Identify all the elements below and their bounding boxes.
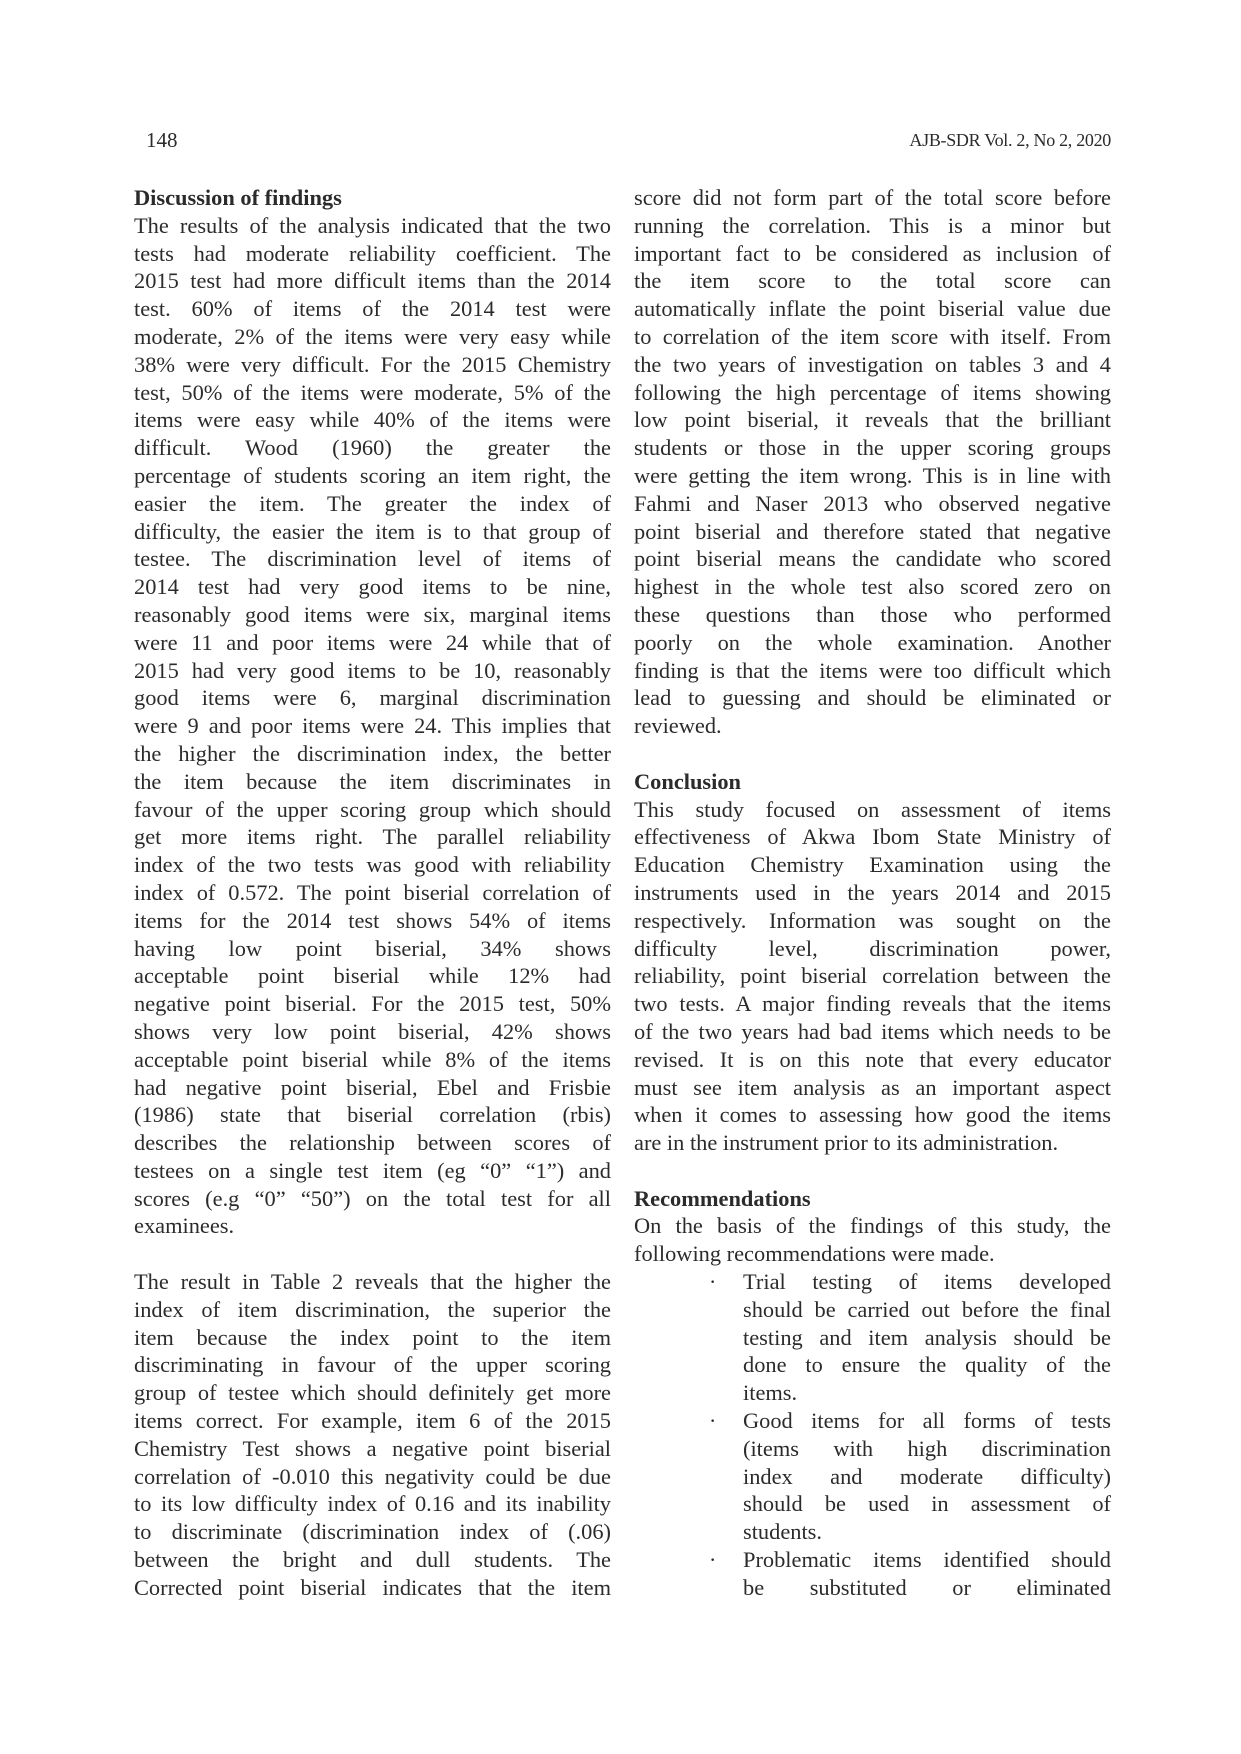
text-line: point biserial means the candidate who s… [634, 545, 1111, 573]
text-line: item because the index point to the item [134, 1324, 611, 1352]
text-line: reviewed. [634, 712, 1111, 740]
text-line: moderate, 2% of the items were very easy… [134, 323, 611, 351]
text-line: reliability, point biserial correlation … [634, 962, 1111, 990]
text-line: testing and item analysis should be [743, 1324, 1111, 1352]
text-line: these questions than those who performed [634, 601, 1111, 629]
text-line: point biserial and therefore stated that… [634, 518, 1111, 546]
text-line: The results of the analysis indicated th… [134, 212, 611, 240]
text-line: highest in the whole test also scored ze… [634, 573, 1111, 601]
text-line: revised. It is on this note that every e… [634, 1046, 1111, 1074]
text-line: test, 50% of the items were moderate, 5%… [134, 379, 611, 407]
section-heading-discussion: Discussion of findings [134, 184, 611, 212]
text-line: 2015 test had more difficult items than … [134, 267, 611, 295]
text-line: the higher the discrimination index, the… [134, 740, 611, 768]
text-line: reasonably good items were six, marginal… [134, 601, 611, 629]
text-line: the item because the item discriminates … [134, 768, 611, 796]
recommendation-item: · Good items for all forms of tests(item… [634, 1407, 1111, 1546]
text-line: get more items right. The parallel relia… [134, 823, 611, 851]
text-line: The result in Table 2 reveals that the h… [134, 1268, 611, 1296]
text-line: examinees. [134, 1212, 611, 1240]
text-line: were getting the item wrong. This is in … [634, 462, 1111, 490]
text-line: easier the item. The greater the index o… [134, 490, 611, 518]
text-line: index and moderate difficulty) [743, 1463, 1111, 1491]
text-line: acceptable point biserial while 12% had [134, 962, 611, 990]
text-line: favour of the upper scoring group which … [134, 796, 611, 824]
text-line: to its low difficulty index of 0.16 and … [134, 1490, 611, 1518]
text-line: students or those in the upper scoring g… [634, 434, 1111, 462]
text-line: scores (e.g “0” “50”) on the total test … [134, 1185, 611, 1213]
text-line: On the basis of the findings of this stu… [634, 1212, 1111, 1240]
text-line: between the bright and dull students. Th… [134, 1546, 611, 1574]
text-line: poorly on the whole examination. Another [634, 629, 1111, 657]
text-line: correlation of -0.010 this negativity co… [134, 1463, 611, 1491]
text-line: discriminating in favour of the upper sc… [134, 1351, 611, 1379]
text-line: Chemistry Test shows a negative point bi… [134, 1435, 611, 1463]
text-line: tests had moderate reliability coefficie… [134, 240, 611, 268]
text-line: items were easy while 40% of the items w… [134, 406, 611, 434]
text-line: respectively. Information was sought on … [634, 907, 1111, 935]
text-line: the two years of investigation on tables… [634, 351, 1111, 379]
text-line: difficulty level, discrimination power, [634, 935, 1111, 963]
text-line: following the high percentage of items s… [634, 379, 1111, 407]
text-line: had negative point biserial, Ebel and Fr… [134, 1074, 611, 1102]
text-line: should be used in assessment of [743, 1490, 1111, 1518]
text-line: shows very low point biserial, 42% shows [134, 1018, 611, 1046]
recommendation-item: · Problematic items identified shouldbe … [634, 1546, 1111, 1602]
paragraph-gap [634, 1157, 1111, 1185]
text-line: two tests. A major finding reveals that … [634, 990, 1111, 1018]
discussion-paragraph-1: The results of the analysis indicated th… [134, 212, 611, 1240]
text-line: Good items for all forms of tests [743, 1407, 1111, 1435]
text-line: good items were 6, marginal discriminati… [134, 684, 611, 712]
text-line: items correct. For example, item 6 of th… [134, 1407, 611, 1435]
text-line: index of item discrimination, the superi… [134, 1296, 611, 1324]
text-line: students. [743, 1518, 1111, 1546]
bullet-icon: · [709, 1546, 716, 1574]
text-line: testees on a single test item (eg “0” “1… [134, 1157, 611, 1185]
text-line: describes the relationship between score… [134, 1129, 611, 1157]
paragraph-gap [634, 740, 1111, 768]
text-line: Education Chemistry Examination using th… [634, 851, 1111, 879]
text-line: (items with high discrimination [743, 1435, 1111, 1463]
text-line: 2014 test had very good items to be nine… [134, 573, 611, 601]
recommendations-intro: On the basis of the findings of this stu… [634, 1212, 1111, 1268]
text-line: 2015 had very good items to be 10, reaso… [134, 657, 611, 685]
text-line: automatically inflate the point biserial… [634, 295, 1111, 323]
discussion-paragraph-2: The result in Table 2 reveals that the h… [134, 1268, 611, 1602]
text-line: of the two years had bad items which nee… [634, 1018, 1111, 1046]
text-line: important fact to be considered as inclu… [634, 240, 1111, 268]
section-heading-conclusion: Conclusion [634, 768, 1111, 796]
text-line: finding is that the items were too diffi… [634, 657, 1111, 685]
text-line: score did not form part of the total sco… [634, 184, 1111, 212]
text-line: are in the instrument prior to its admin… [634, 1129, 1111, 1157]
text-line: difficult. Wood (1960) the greater the [134, 434, 611, 462]
paragraph-gap [134, 1240, 611, 1268]
text-line: test. 60% of items of the 2014 test were [134, 295, 611, 323]
recommendation-text: Problematic items identified shouldbe su… [743, 1546, 1111, 1602]
text-line: percentage of students scoring an item r… [134, 462, 611, 490]
left-column: Discussion of findings The results of th… [134, 184, 611, 1602]
text-line: when it comes to assessing how good the … [634, 1101, 1111, 1129]
text-line: group of testee which should definitely … [134, 1379, 611, 1407]
text-line: effectiveness of Akwa Ibom State Ministr… [634, 823, 1111, 851]
text-line: done to ensure the quality of the [743, 1351, 1111, 1379]
bullet-icon: · [709, 1268, 716, 1296]
text-line: the item score to the total score can [634, 267, 1111, 295]
text-line: items for the 2014 test shows 54% of ite… [134, 907, 611, 935]
text-line: testee. The discrimination level of item… [134, 545, 611, 573]
text-line: Trial testing of items developed [743, 1268, 1111, 1296]
bullet-icon: · [709, 1407, 716, 1435]
text-line: acceptable point biserial while 8% of th… [134, 1046, 611, 1074]
right-column: score did not form part of the total sco… [634, 184, 1111, 1602]
section-heading-recommendations: Recommendations [634, 1185, 1111, 1213]
text-line: were 11 and poor items were 24 while tha… [134, 629, 611, 657]
conclusion-paragraph: This study focused on assessment of item… [634, 796, 1111, 1157]
text-line: should be carried out before the final [743, 1296, 1111, 1324]
text-line: Corrected point biserial indicates that … [134, 1574, 611, 1602]
page-number: 148 [146, 128, 178, 153]
text-line: following recommendations were made. [634, 1240, 1111, 1268]
text-line: lead to guessing and should be eliminate… [634, 684, 1111, 712]
text-line: to correlation of the item score with it… [634, 323, 1111, 351]
text-line: were 9 and poor items were 24. This impl… [134, 712, 611, 740]
text-line: Fahmi and Naser 2013 who observed negati… [634, 490, 1111, 518]
text-line: be substituted or eliminated [743, 1574, 1111, 1602]
text-line: must see item analysis as an important a… [634, 1074, 1111, 1102]
text-line: index of the two tests was good with rel… [134, 851, 611, 879]
text-line: Problematic items identified should [743, 1546, 1111, 1574]
discussion-continuation: score did not form part of the total sco… [634, 184, 1111, 740]
recommendation-item: · Trial testing of items developedshould… [634, 1268, 1111, 1407]
running-head: 148 AJB-SDR Vol. 2, No 2, 2020 [146, 128, 1111, 154]
journal-reference: AJB-SDR Vol. 2, No 2, 2020 [909, 130, 1111, 151]
text-line: difficulty, the easier the item is to th… [134, 518, 611, 546]
text-line: running the correlation. This is a minor… [634, 212, 1111, 240]
text-line: negative point biserial. For the 2015 te… [134, 990, 611, 1018]
text-line: 38% were very difficult. For the 2015 Ch… [134, 351, 611, 379]
text-line: low point biserial, it reveals that the … [634, 406, 1111, 434]
text-line: items. [743, 1379, 1111, 1407]
text-line: (1986) state that biserial correlation (… [134, 1101, 611, 1129]
recommendations-list: · Trial testing of items developedshould… [634, 1268, 1111, 1602]
recommendation-text: Good items for all forms of tests(items … [743, 1407, 1111, 1546]
text-line: This study focused on assessment of item… [634, 796, 1111, 824]
text-line: index of 0.572. The point biserial corre… [134, 879, 611, 907]
text-line: having low point biserial, 34% shows [134, 935, 611, 963]
recommendation-text: Trial testing of items developedshould b… [743, 1268, 1111, 1407]
text-line: to discriminate (discrimination index of… [134, 1518, 611, 1546]
text-line: instruments used in the years 2014 and 2… [634, 879, 1111, 907]
